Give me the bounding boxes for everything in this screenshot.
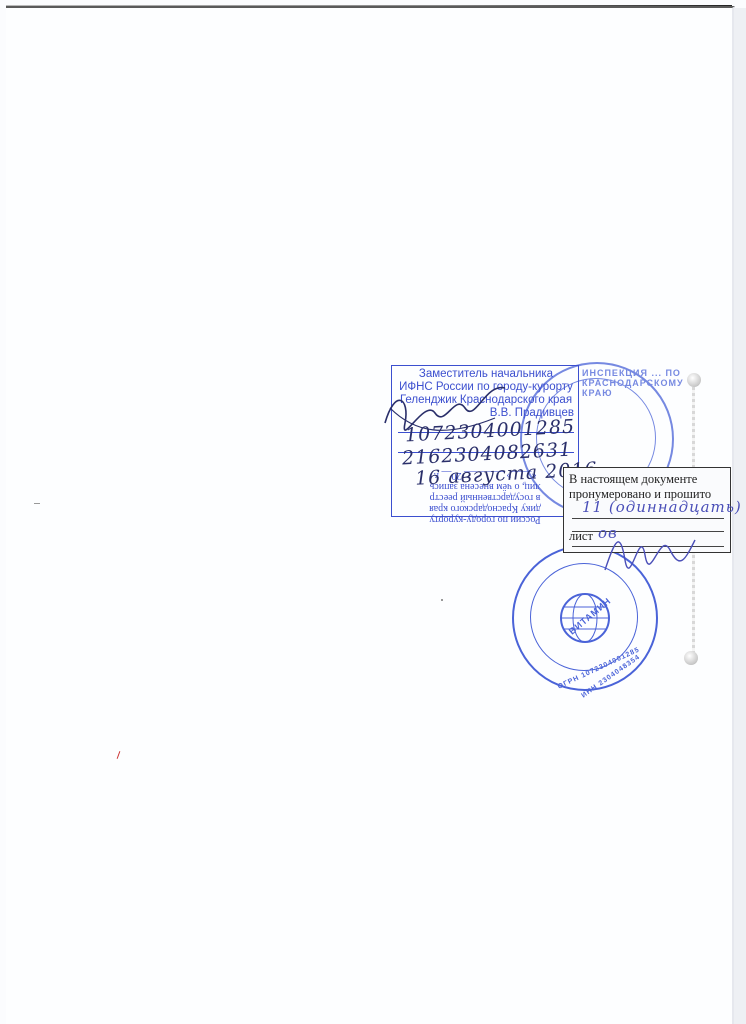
director-signature-icon: [600, 520, 700, 580]
scan-speck: [34, 503, 40, 504]
cert-sheets-label: лист: [569, 529, 593, 544]
stitch-bead-bottom: [684, 651, 698, 665]
scan-speck: [441, 599, 443, 601]
stitch-bead-top: [687, 373, 701, 387]
cert-line1: В настоящем документе: [569, 472, 697, 487]
tax-seal-text: ИНСПЕКЦИЯ ... ПО КРАСНОДАРСКОМУ КРАЮ: [582, 368, 684, 398]
handwritten-sheet-count: 11 (одиннадцать): [582, 498, 742, 516]
scanner-margin: [734, 8, 746, 1024]
